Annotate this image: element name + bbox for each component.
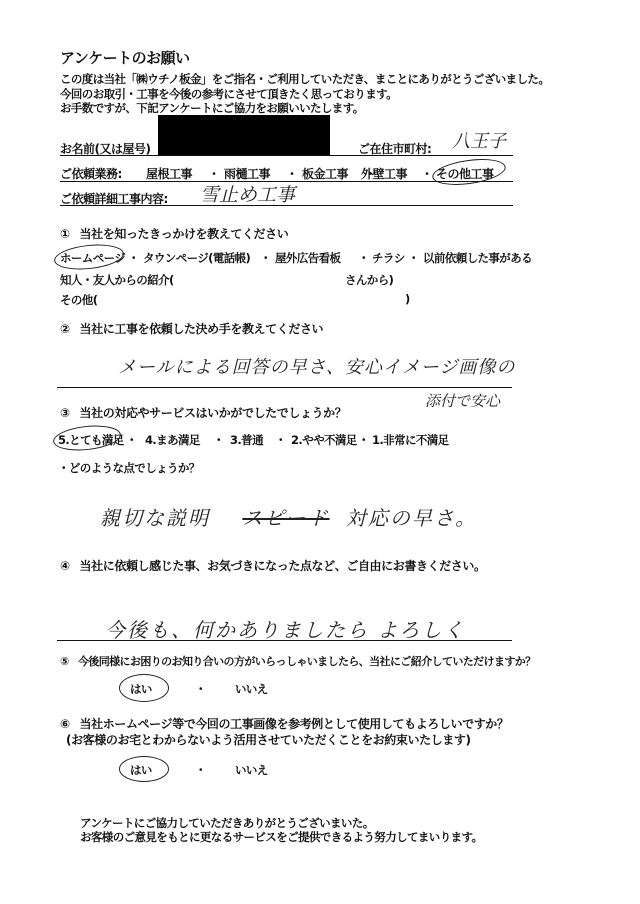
dot: ・ (421, 165, 433, 182)
q6-question: ⑥ 当社ホームページ等で今回の工事画像を参考例として使用してもよろしいですか？ (60, 715, 509, 732)
closing-line-1: アンケートにご協力していただきありがとうございまいた。 (80, 816, 374, 830)
intro-line-1: この度は当社「㈱ウチノ板金」をご指名・ご利用していただき、まことにありがとうござ… (60, 72, 549, 87)
service-label: ご依頼業務: (60, 165, 122, 182)
q3-answer-struck: スピード (242, 506, 329, 530)
q3-option-3[interactable]: 3.普通 (230, 432, 263, 448)
intro-line-3: お手数ですが、下記アンケートにご協力をお願いいたします。 (60, 101, 364, 116)
q3-option-2[interactable]: 2.やや不満足 (291, 432, 357, 448)
q3-text: 当社の対応やサービスはいかがでしたでしょうか？ (80, 406, 347, 420)
selection-circle (119, 674, 169, 702)
dot: ・ (128, 250, 139, 266)
dot: ・ (408, 250, 419, 266)
q5-separator: ・ (195, 681, 206, 697)
q5-no[interactable]: いいえ (235, 681, 268, 697)
q3-answer: 親切な説明 スピード 対応の早さ。 (100, 502, 477, 531)
service-option-sheetmetal[interactable]: 板金工事 (302, 165, 348, 182)
q1-option-flyer[interactable]: チラシ (372, 250, 405, 266)
dot: ・ (260, 250, 271, 266)
q6-number: ⑥ (60, 717, 70, 731)
q2-question: ② 当社に工事を依頼した決め手を教えてください (60, 320, 323, 337)
selection-circle (53, 241, 125, 272)
q5-number: ⑤ (60, 655, 69, 668)
q3-answer-part2[interactable]: 対応の早さ。 (346, 506, 477, 530)
q1-option-previous[interactable]: 以前依頼した事がある (423, 250, 532, 266)
q1-other-close: ) (405, 292, 410, 306)
service-option-exterior[interactable]: 外壁工事 (361, 165, 407, 182)
q2-answer-line1[interactable]: メールによる回答の早さ、安心イメージ画像の (118, 353, 515, 379)
q3-question: ③ 当社の対応やサービスはいかがでしたでしょうか？ (60, 404, 346, 421)
dot: ・ (275, 432, 286, 448)
q1-other-label[interactable]: その他( (60, 292, 97, 308)
service-option-roof[interactable]: 屋根工事 (146, 165, 192, 182)
q3-option-4[interactable]: 4.まあ満足 (145, 432, 200, 448)
selection-circle (431, 155, 508, 189)
dot: ・ (358, 432, 369, 448)
intro-line-2: 今回のお取引・工事を今後の参考にさせて頂きたく思っております。 (60, 87, 397, 102)
q3-answer-part1[interactable]: 親切な説明 (100, 506, 210, 530)
q5-question: ⑤ 今後同様にお困りのお知り合いの方がいらっしゃいましたら、当社にご紹介していた… (60, 653, 536, 669)
closing-line-2: お客様のご意見をもとに更なるサービスをご提供できるよう努力してまいります。 (80, 830, 482, 844)
redacted-name (158, 115, 330, 155)
dot: ・ (358, 250, 369, 266)
q3-option-1[interactable]: 1.非常に不満足 (372, 432, 449, 448)
detail-value[interactable]: 雪止め工事 (200, 180, 295, 207)
q6-separator: ・ (195, 762, 206, 778)
q1-referral-label[interactable]: 知人・友人からの紹介( (60, 272, 174, 288)
q6-no[interactable]: いいえ (235, 762, 268, 778)
selection-circle (52, 423, 122, 454)
dot: ・ (126, 432, 137, 448)
q1-question: ① 当社を知ったきっかけを教えてください (60, 225, 288, 242)
selection-circle (119, 756, 169, 782)
name-city-line (60, 155, 513, 156)
q2-answer-line (57, 387, 512, 388)
q5-text: 今後同様にお困りのお知り合いの方がいらっしゃいましたら、当社にご紹介していただけ… (78, 655, 536, 668)
dot: ・ (213, 432, 224, 448)
q4-answer-line (57, 640, 512, 641)
city-value[interactable]: 八王子 (452, 127, 506, 153)
q2-answer-line2[interactable]: 添付で安心 (425, 390, 500, 411)
survey-title: アンケートのお願い (60, 47, 190, 68)
q1-text: 当社を知ったきっかけを教えてください (80, 227, 289, 241)
q4-text: 当社に依頼し感じた事、お気づきになった点など、ご自由にお書きください。 (80, 559, 486, 573)
q6-text: 当社ホームページ等で今回の工事画像を参考例として使用してもよろしいですか？ (80, 717, 509, 731)
detail-line (60, 205, 513, 206)
q3-number: ③ (60, 406, 70, 420)
q4-number: ④ (60, 559, 70, 573)
q4-question: ④ 当社に依頼し感じた事、お気づきになった点など、ご自由にお書きください。 (60, 557, 486, 574)
q1-option-billboard[interactable]: 屋外広告看板 (275, 250, 340, 266)
q2-text: 当社に工事を依頼した決め手を教えてください (80, 322, 324, 336)
q1-option-townpage[interactable]: タウンページ(電話帳) (143, 250, 250, 266)
q6-note: (お客様のお宅とわからないよう活用させていただくことをお約束いたします) (66, 731, 471, 748)
q4-answer[interactable]: 今後も、何かありましたら よろしく (105, 614, 465, 643)
q3-followup: ・どのような点でしょうか？ (58, 460, 200, 476)
q2-number: ② (60, 322, 70, 336)
q1-referral-suffix: さんから) (345, 272, 393, 288)
q1-number: ① (60, 227, 70, 241)
